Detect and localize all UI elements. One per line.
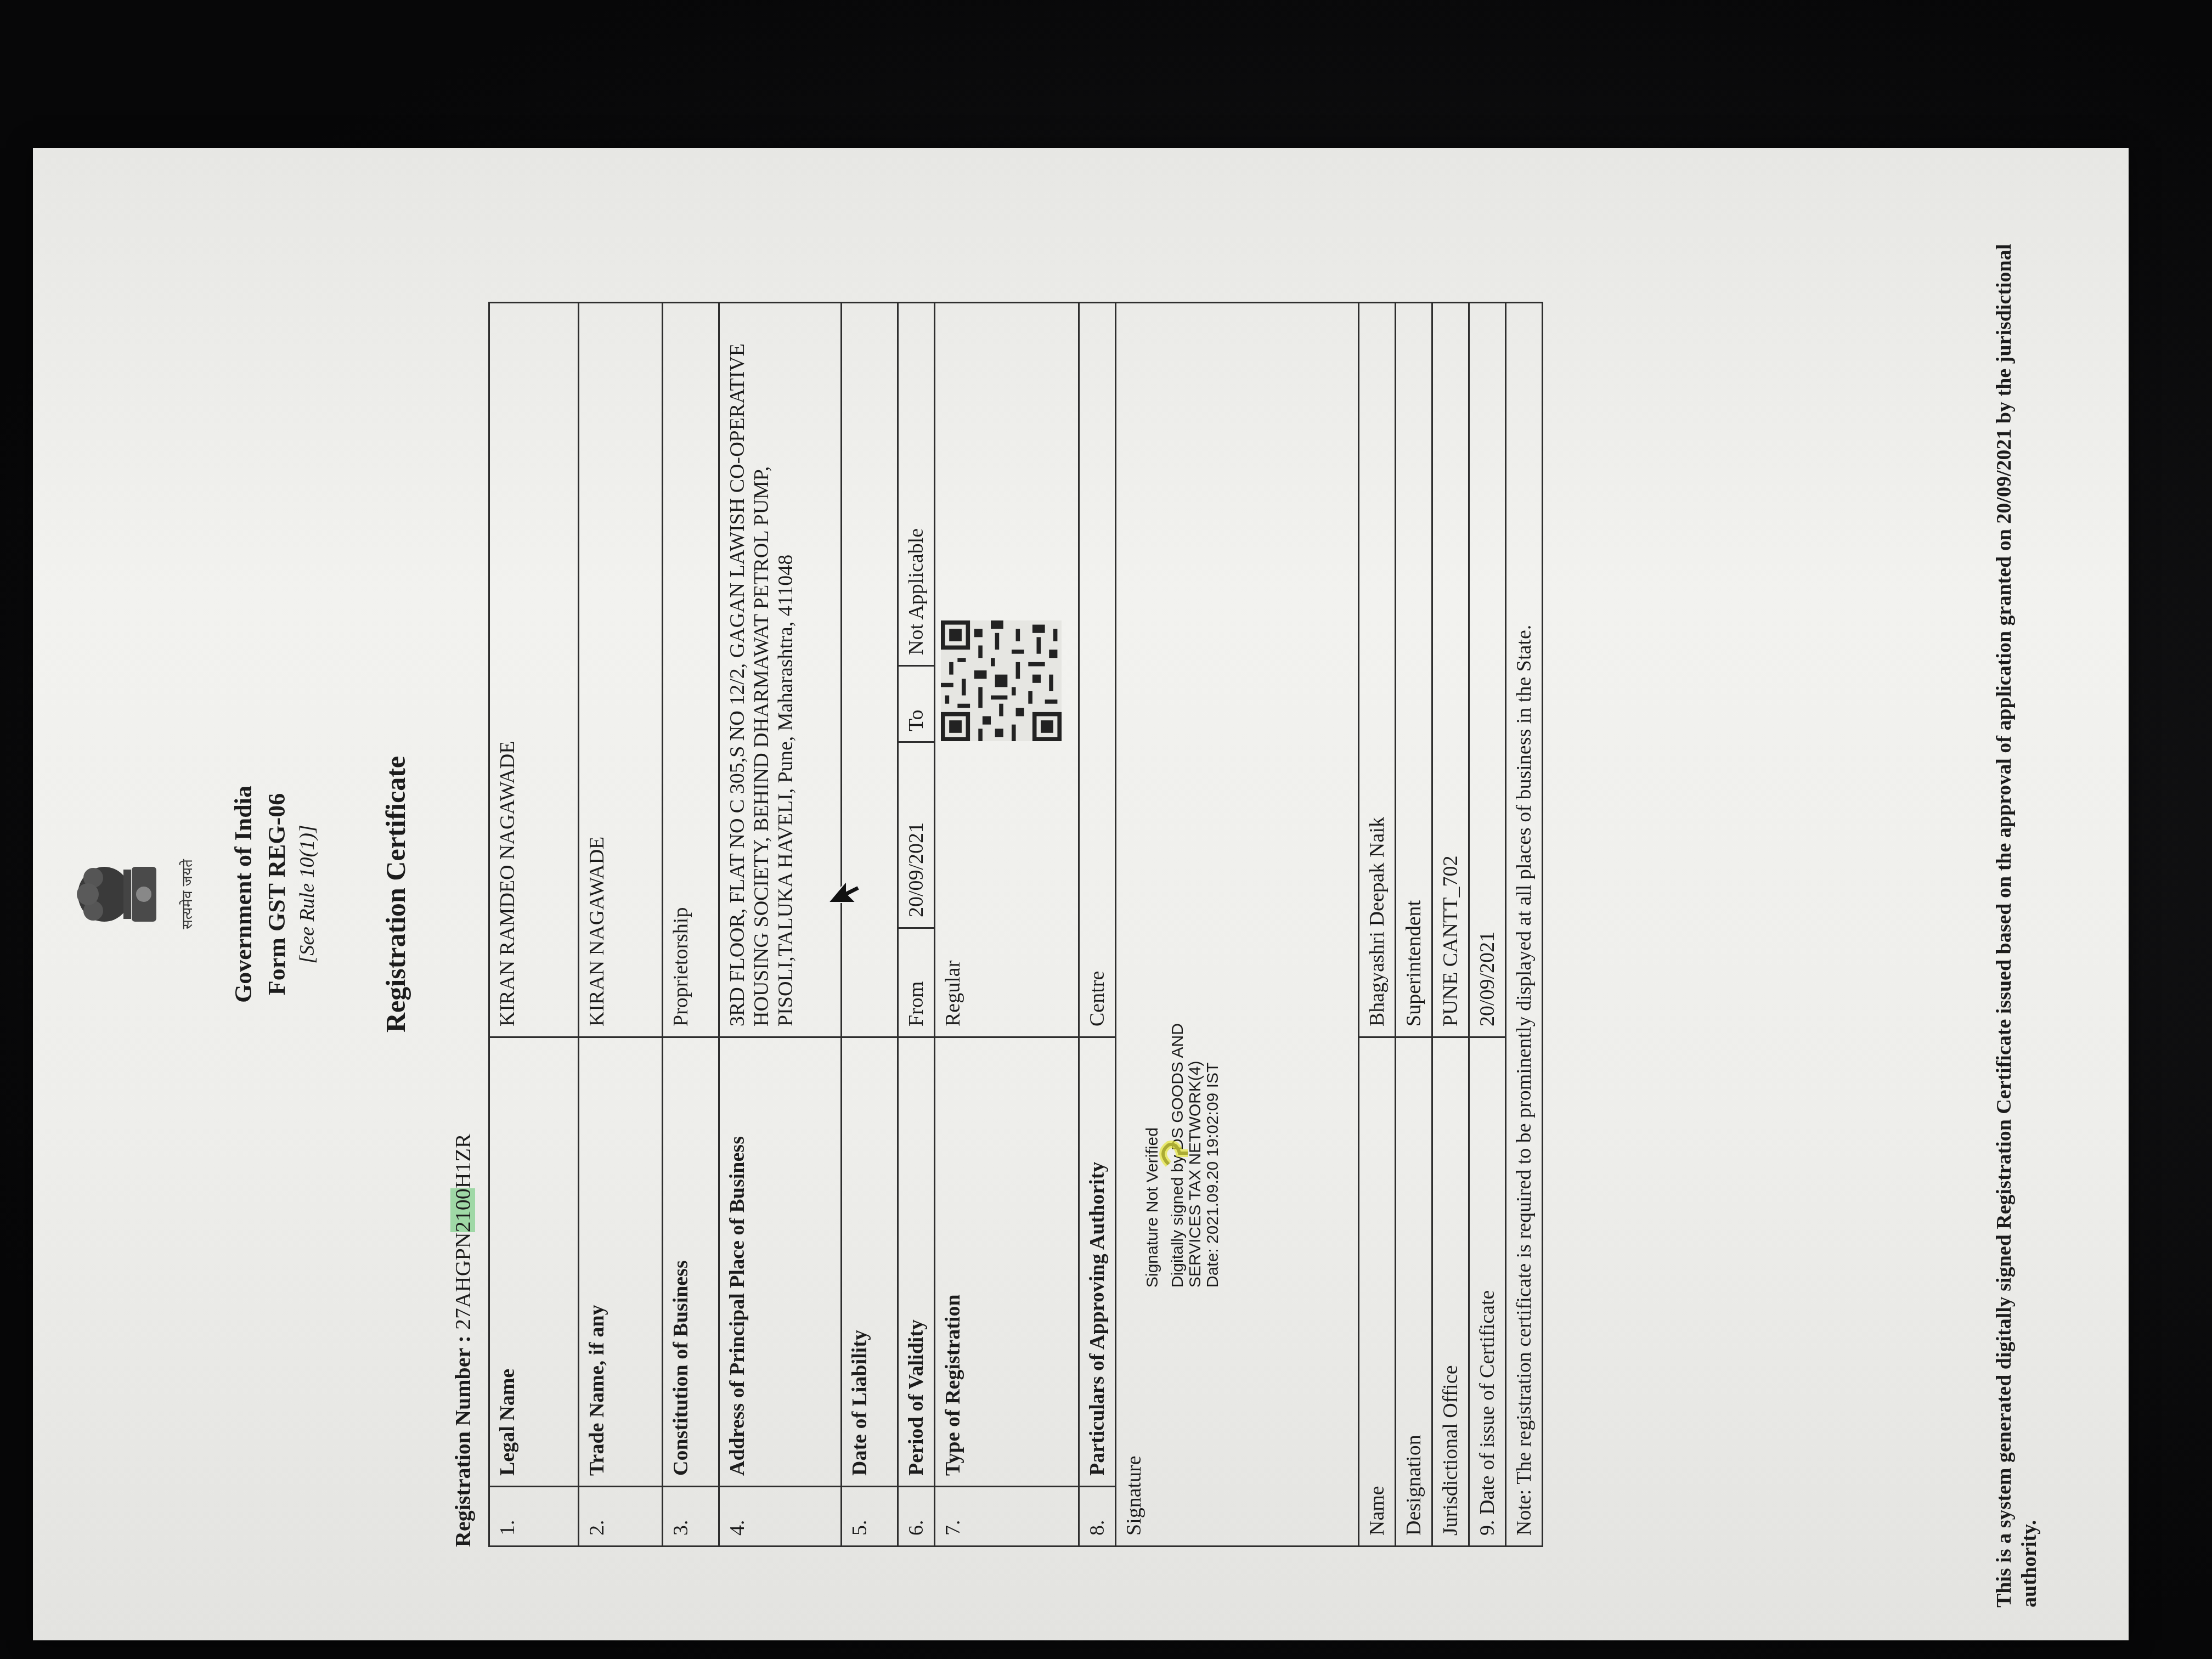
signature-row: Signature Signature Not Verified Digital… [1116,303,1359,1547]
field-label: Type of Registration [935,1037,1079,1487]
issue-date-value: 20/09/2021 [1469,303,1506,1037]
row-number: 8. [1079,1487,1116,1547]
field-label: Name [1359,1037,1396,1547]
table-row: 3. Constitution of Business Proprietorsh… [663,303,719,1547]
registration-number-value[interactable]: 27AHGPN2100H1ZR [450,1133,475,1330]
officer-name-value: Bhagyashri Deepak Naik [1359,303,1396,1037]
legal-name-value: KIRAN RAMDEO NAGAWADE [489,303,579,1037]
display-note: Note: The registration certificate is re… [1506,303,1543,1547]
field-label: Trade Name, if any [579,1037,663,1487]
row-number: 4. [719,1487,842,1547]
page-title: Registration Certificate [380,148,411,1640]
certificate-table: 1. Legal Name KIRAN RAMDEO NAGAWADE 2. T… [488,302,1543,1547]
row-number: 3. [663,1487,719,1547]
row-number: 2. [579,1487,663,1547]
field-label: Constitution of Business [663,1037,719,1487]
row-number: 5. [842,1487,898,1547]
field-label: Legal Name [489,1037,579,1487]
signature-date: Date: 2021.09.20 19:02:09 IST [1204,1023,1222,1288]
national-emblem-icon [71,853,176,935]
signature-unknown-icon [1155,1134,1193,1172]
type-of-registration: Regular [935,303,1079,1037]
row-number: 1. [489,1487,579,1547]
qr-code-icon [941,620,1062,741]
form-number: Form GST REG-06 [263,148,291,1640]
jurisdictional-office-value: PUNE CANTT_702 [1432,303,1469,1037]
field-label: Date of Liability [842,1037,898,1487]
registration-certificate-page: सत्यमेव जयते Government of India Form GS… [33,148,2129,1640]
period-of-validity: From 20/09/2021 To Not Applicable [898,303,935,1037]
to-value: Not Applicable [899,303,934,666]
field-label: Period of Validity [898,1037,935,1487]
certificate-header: सत्यमेव जयते Government of India Form GS… [71,148,411,1640]
table-row: 8. Particulars of Approving Authority Ce… [1079,303,1116,1547]
registration-number-label: Registration Number : [450,1335,475,1547]
date-of-liability-value [842,303,898,1037]
government-heading: Government of India [229,148,257,1640]
note-row: Note: The registration certificate is re… [1506,303,1543,1547]
table-row: 7. Type of Registration Regular [935,303,1079,1547]
row-number: 6. [898,1487,935,1547]
rule-reference: [See Rule 10(1)] [295,148,319,1640]
search-highlight: 2100 [450,1188,475,1232]
system-generated-footer: This is a system generated digitally sig… [1991,181,2042,1607]
approving-authority-value: Centre [1079,303,1116,1037]
table-row: 4. Address of Principal Place of Busines… [719,303,842,1547]
field-label: Particulars of Approving Authority [1079,1037,1116,1487]
from-label: From [899,928,934,1037]
address-value: 3RD FLOOR, FLAT NO C 305,S NO 12/2, GAGA… [719,303,842,1037]
table-row: Name Bhagyashri Deepak Naik [1359,303,1396,1547]
designation-value: Superintendent [1396,303,1432,1037]
validity-table: From 20/09/2021 To Not Applicable [899,303,934,1036]
row-number: 7. [935,1487,1079,1547]
table-row: 2. Trade Name, if any KIRAN NAGAWADE [579,303,663,1547]
field-label: 9. Date of issue of Certificate [1469,1037,1506,1547]
table-row: 1. Legal Name KIRAN RAMDEO NAGAWADE [489,303,579,1547]
signature-cell: Signature Signature Not Verified Digital… [1116,303,1359,1547]
table-row: 5. Date of Liability [842,303,898,1547]
from-value: 20/09/2021 [899,742,934,928]
document-viewport[interactable]: सत्यमेव जयते Government of India Form GS… [33,148,2129,1640]
constitution-value: Proprietorship [663,303,719,1037]
table-row: 9. Date of issue of Certificate 20/09/20… [1469,303,1506,1547]
digital-signature-block[interactable]: Signature Not Verified Digitally signed … [1144,1023,1222,1288]
trade-name-value: KIRAN NAGAWADE [579,303,663,1037]
type-of-registration-value: Regular [941,741,1062,1026]
registration-number: Registration Number : 27AHGPN2100H1ZR [450,1133,476,1547]
table-row: Jurisdictional Office PUNE CANTT_702 [1432,303,1469,1547]
field-label: Designation [1396,1037,1432,1547]
table-row: 6. Period of Validity From 20/09/2021 To… [898,303,935,1547]
field-label: Jurisdictional Office [1432,1037,1469,1547]
emblem-motto: सत्यमेव जयते [177,148,196,1640]
mouse-pointer-icon [826,872,864,905]
signature-label: Signature [1122,1455,1145,1536]
field-label: Address of Principal Place of Business [719,1037,842,1487]
to-label: To [899,666,934,742]
table-row: Designation Superintendent [1396,303,1432,1547]
